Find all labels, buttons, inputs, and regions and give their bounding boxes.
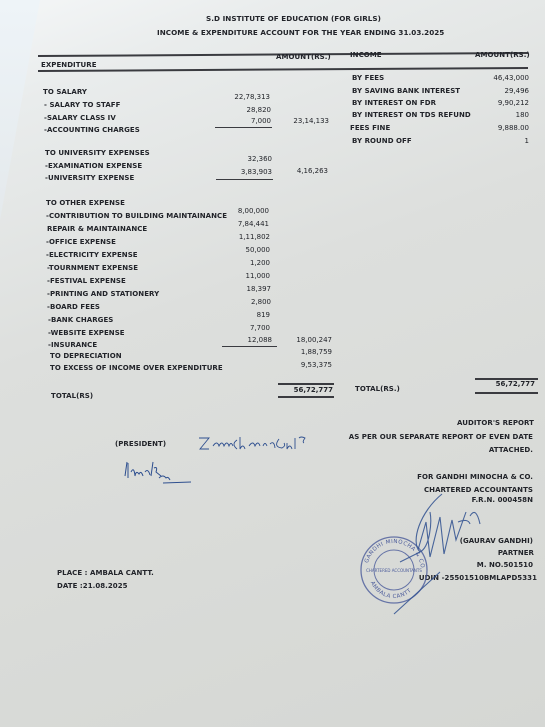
- expense-label: -ELECTRICITY EXPENSE: [46, 251, 138, 259]
- income-label: FEES FINE: [350, 124, 390, 132]
- income-amount: 1: [525, 137, 529, 145]
- subtotal-rule: [215, 127, 272, 128]
- statement-title: INCOME & EXPENDITURE ACCOUNT FOR THE YEA…: [157, 28, 444, 37]
- expense-label: -FESTIVAL EXPENSE: [47, 277, 126, 285]
- expense-label: -EXAMINATION EXPENSE: [45, 162, 142, 170]
- subtotal-rule: [222, 346, 277, 347]
- expense-label: -UNIVERSITY EXPENSE: [45, 174, 134, 182]
- expense-label: -INSURANCE: [48, 341, 97, 349]
- auditor-report-line2: ATTACHED.: [489, 446, 533, 454]
- group-subtotal: 23,14,133: [293, 117, 329, 125]
- expenditure-amount-header: AMOUNT(RS.): [276, 53, 331, 61]
- expense-label: -TOURNMENT EXPENSE: [47, 264, 138, 272]
- expense-amount: 2,800: [251, 298, 271, 306]
- income-label: BY INTEREST ON TDS REFUND: [352, 111, 471, 119]
- income-total-bottom-rule: [475, 392, 538, 394]
- expenditure-column-header: EXPENDITURE: [41, 61, 97, 69]
- secretary-signature-icon: [121, 458, 196, 488]
- excess-amount: 9,53,375: [301, 361, 332, 369]
- auditor-report-heading: AUDITOR'S REPORT: [457, 419, 534, 427]
- income-column-header: INCOME: [350, 51, 382, 59]
- expense-amount: 3,83,903: [241, 168, 272, 176]
- expense-amount: 8,00,000: [238, 207, 269, 215]
- expense-amount: 7,000: [251, 117, 271, 125]
- expense-amount: 7,84,441: [238, 220, 269, 228]
- expense-amount: 1,11,802: [239, 233, 270, 241]
- president-signature-icon: [195, 434, 310, 454]
- income-amount-header: AMOUNT(RS.): [475, 51, 530, 59]
- expense-label: -SALARY CLASS IV: [44, 114, 116, 122]
- income-amount: 180: [516, 111, 529, 119]
- income-label: BY ROUND OFF: [352, 137, 412, 145]
- expense-amount: 11,000: [246, 272, 271, 280]
- institution-name: S.D INSTITUTE OF EDUCATION (FOR GIRLS): [206, 14, 381, 23]
- excess-label: TO EXCESS OF INCOME OVER EXPENDITURE: [50, 364, 223, 372]
- expenditure-total: 56,72,777: [294, 386, 333, 394]
- expense-amount: 12,088: [248, 336, 273, 344]
- expense-label: -CONTRIBUTION TO BUILDING MAINTAINANCE: [46, 212, 227, 220]
- group-heading-salary: TO SALARY: [43, 88, 87, 96]
- income-label: BY INTEREST ON FDR: [352, 99, 436, 107]
- expense-amount: 50,000: [246, 246, 271, 254]
- expense-label: -WEBSITE EXPENSE: [48, 329, 125, 337]
- income-amount: 29,496: [505, 87, 530, 95]
- total-bottom-rule: [278, 396, 334, 398]
- auditor-signature-icon: [390, 492, 510, 627]
- expense-label: -BANK CHARGES: [48, 316, 113, 324]
- income-label: BY SAVING BANK INTEREST: [352, 87, 460, 95]
- expense-label: -ACCOUNTING CHARGES: [44, 126, 140, 134]
- group-subtotal: 18,00,247: [296, 336, 332, 344]
- president-label: (PRESIDENT): [115, 440, 166, 448]
- income-amount: 9,888.00: [498, 124, 529, 132]
- expense-amount: 22,78,313: [234, 93, 270, 101]
- place: PLACE : AMBALA CANTT.: [57, 569, 154, 577]
- expenditure-total-label: TOTAL(RS): [51, 392, 93, 400]
- group-heading-university: TO UNIVERSITY EXPENSES: [45, 149, 150, 157]
- total-top-rule: [278, 383, 334, 385]
- expense-label: - SALARY TO STAFF: [44, 101, 120, 109]
- date: DATE :21.08.2025: [57, 582, 128, 590]
- income-label: BY FEES: [352, 74, 384, 82]
- depreciation-label: TO DEPRECIATION: [50, 352, 122, 360]
- depreciation-amount: 1,88,759: [301, 348, 332, 356]
- income-amount: 9,90,212: [498, 99, 529, 107]
- income-total: 56,72,777: [496, 380, 535, 388]
- expense-label: -OFFICE EXPENSE: [46, 238, 116, 246]
- income-total-label: TOTAL(RS.): [355, 385, 400, 393]
- expense-amount: 819: [257, 311, 270, 319]
- expense-label: -PRINTING AND STATIONERY: [47, 290, 159, 298]
- expense-label: -BOARD FEES: [47, 303, 100, 311]
- expense-amount: 28,820: [247, 106, 272, 114]
- expense-amount: 7,700: [250, 324, 270, 332]
- document-page: S.D INSTITUTE OF EDUCATION (FOR GIRLS) I…: [0, 0, 545, 727]
- auditor-firm: FOR GANDHI MINOCHA & CO.: [417, 473, 533, 481]
- expense-amount: 32,360: [248, 155, 273, 163]
- header-bottom-rule: [38, 67, 528, 71]
- expense-amount: 1,200: [250, 259, 270, 267]
- expense-amount: 18,397: [247, 285, 272, 293]
- income-amount: 46,43,000: [493, 74, 529, 82]
- auditor-report-line1: AS PER OUR SEPARATE REPORT OF EVEN DATE: [349, 433, 533, 441]
- group-subtotal: 4,16,263: [297, 167, 328, 175]
- subtotal-rule: [216, 179, 273, 180]
- group-heading-other: TO OTHER EXPENSE: [46, 199, 125, 207]
- expense-label: REPAIR & MAINTAINANCE: [47, 225, 147, 233]
